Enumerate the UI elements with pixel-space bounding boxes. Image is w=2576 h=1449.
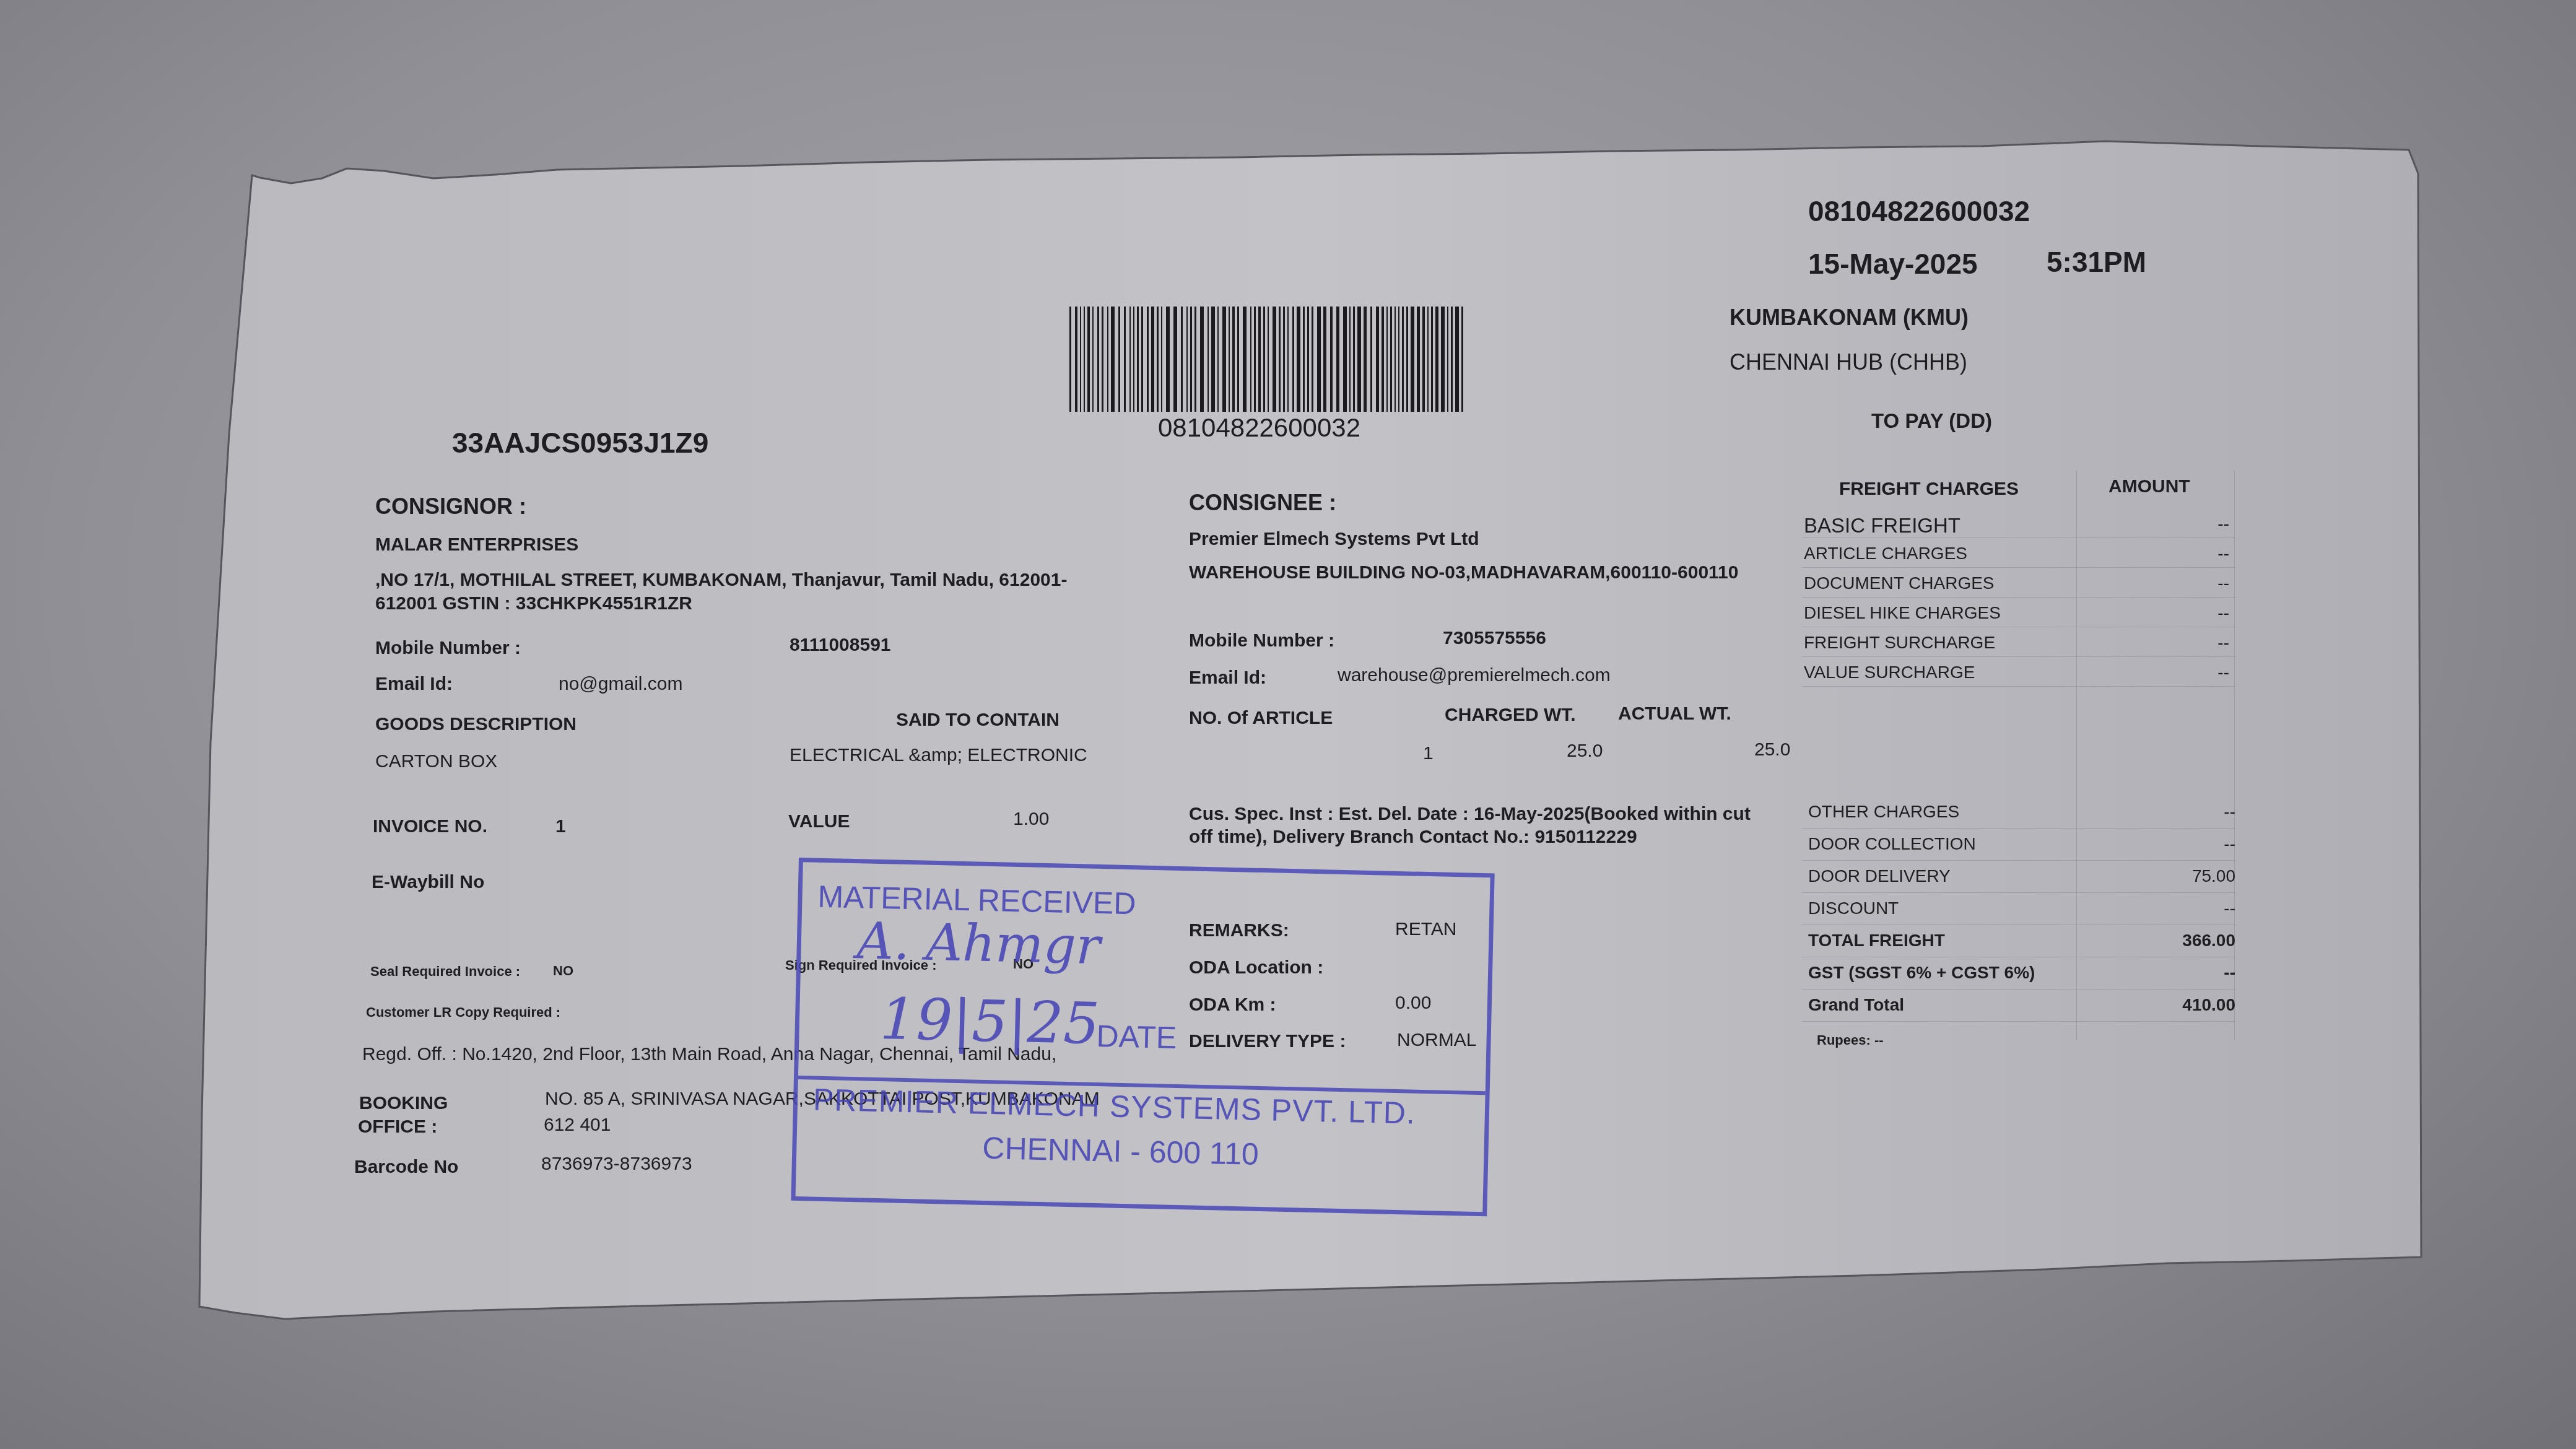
barcode-bar bbox=[1297, 307, 1300, 412]
barcode-bar bbox=[1258, 307, 1260, 412]
charge-amount: 366.00 bbox=[2112, 932, 2235, 949]
barcode-number: 08104822600032 bbox=[1158, 415, 1360, 441]
row-divider bbox=[1802, 656, 2235, 657]
barcode-bar bbox=[1173, 307, 1177, 412]
charge-amount: -- bbox=[2105, 664, 2229, 681]
barcode-bar bbox=[1263, 307, 1265, 412]
barcode-image bbox=[1069, 307, 1466, 412]
actual-wt-label: ACTUAL WT. bbox=[1618, 705, 1731, 723]
barcode-bar bbox=[1447, 307, 1448, 412]
barcode-bar bbox=[1370, 307, 1372, 412]
consignor-heading: CONSIGNOR : bbox=[375, 495, 526, 518]
barcode-bar bbox=[1102, 307, 1103, 412]
lr-copy-label: Customer LR Copy Required : bbox=[366, 1006, 560, 1019]
barcode-bar bbox=[1200, 307, 1204, 412]
barcode-bar bbox=[1237, 307, 1239, 412]
charge-label: TOTAL FREIGHT bbox=[1808, 932, 1945, 949]
material-received-stamp: MATERIAL RECEIVED A. Ahmgr 19|5|25 DATE … bbox=[791, 858, 1494, 1216]
barcode-bar bbox=[1323, 307, 1327, 412]
barcode-bar bbox=[1222, 307, 1226, 412]
goods-description: CARTON BOX bbox=[375, 752, 497, 771]
booking-office-address-2: 612 401 bbox=[544, 1116, 611, 1134]
said-to-contain: ELECTRICAL &amp; ELECTRONIC bbox=[790, 746, 1087, 765]
barcode-bar bbox=[1411, 307, 1414, 412]
invoice-label: INVOICE NO. bbox=[373, 817, 487, 836]
barcode-bar bbox=[1080, 307, 1081, 412]
waybill-paper: 08104822600032 15-May-2025 5:31PM KUMBAK… bbox=[0, 0, 2576, 1449]
charge-amount: -- bbox=[2105, 545, 2229, 562]
booking-date: 15-May-2025 bbox=[1808, 250, 1978, 278]
charge-amount: -- bbox=[2112, 835, 2235, 853]
charge-label: Grand Total bbox=[1808, 996, 1904, 1014]
charge-label: GST (SGST 6% + CGST 6%) bbox=[1808, 964, 2035, 981]
barcode-bar bbox=[1194, 307, 1196, 412]
seal-required-value: NO bbox=[553, 964, 573, 978]
barcode-bar bbox=[1390, 307, 1391, 412]
barcode-bar bbox=[1273, 307, 1276, 412]
row-divider bbox=[1802, 989, 2235, 990]
consignor-email-label: Email Id: bbox=[375, 675, 453, 694]
charge-label: BASIC FREIGHT bbox=[1804, 515, 1960, 536]
barcode-bar bbox=[1161, 307, 1162, 412]
barcode-bar bbox=[1427, 307, 1429, 412]
barcode-bar bbox=[1084, 307, 1085, 412]
barcode-bar bbox=[1190, 307, 1191, 412]
barcode-bar bbox=[1303, 307, 1305, 412]
barcode-bar bbox=[1417, 307, 1421, 412]
barcode-bar bbox=[1181, 307, 1183, 412]
value-label: VALUE bbox=[788, 812, 850, 831]
invoice-number: 1 bbox=[555, 817, 566, 836]
row-divider bbox=[1802, 1021, 2235, 1022]
row-divider bbox=[1802, 597, 2235, 598]
barcode-bar bbox=[1133, 307, 1134, 412]
charge-label: DOOR COLLECTION bbox=[1808, 835, 1976, 853]
barcode-bar bbox=[1207, 307, 1209, 412]
barcode-bar bbox=[1069, 307, 1071, 412]
barcode-bar bbox=[1317, 307, 1321, 412]
charges-right-edge bbox=[2234, 471, 2235, 1040]
charged-wt: 25.0 bbox=[1567, 742, 1603, 760]
barcode-bar bbox=[1147, 307, 1148, 412]
barcode-bar bbox=[1398, 307, 1399, 412]
stamp-date-label: DATE bbox=[1096, 1020, 1177, 1053]
barcode-bar bbox=[1254, 307, 1256, 412]
barcode-bar bbox=[1166, 307, 1170, 412]
barcode-bar bbox=[1307, 307, 1308, 412]
consignor-email: no@gmail.com bbox=[559, 675, 683, 694]
consignee-mobile-label: Mobile Number : bbox=[1189, 632, 1334, 650]
consignee-address: WAREHOUSE BUILDING NO-03,MADHAVARAM,6001… bbox=[1189, 563, 1738, 582]
row-divider bbox=[1802, 925, 2235, 925]
seal-required-label: Seal Required Invoice : bbox=[370, 965, 520, 978]
consignor-address-2: 612001 GSTIN : 33CHKPK4551R1ZR bbox=[375, 594, 692, 613]
barcode-bar bbox=[1151, 307, 1155, 412]
value-amount: 1.00 bbox=[1013, 810, 1049, 829]
charge-label: DOOR DELIVERY bbox=[1808, 868, 1951, 885]
booking-office-label-1: BOOKING bbox=[359, 1094, 448, 1113]
barcode-bar bbox=[1283, 307, 1284, 412]
charge-amount: -- bbox=[2105, 604, 2229, 622]
booking-time: 5:31PM bbox=[2047, 248, 2146, 276]
barcode-bar bbox=[1461, 307, 1463, 412]
barcode-bar bbox=[1124, 307, 1125, 412]
barcode-bar bbox=[1330, 307, 1332, 412]
booking-office-label-2: OFFICE : bbox=[358, 1118, 437, 1136]
barcode-bar bbox=[1312, 307, 1313, 412]
charge-amount: 410.00 bbox=[2112, 996, 2235, 1014]
row-divider bbox=[1802, 537, 2235, 538]
barcode-bar bbox=[1349, 307, 1351, 412]
barcode-bar bbox=[1229, 307, 1230, 412]
barcode-bar bbox=[1402, 307, 1403, 412]
barcode-bar bbox=[1431, 307, 1432, 412]
barcode-bar bbox=[1364, 307, 1367, 412]
barcode-bar bbox=[1075, 307, 1077, 412]
stamp-handwritten-date: 19|5|25 bbox=[879, 991, 1100, 1053]
charge-label: DISCOUNT bbox=[1808, 900, 1899, 917]
barcode-bar bbox=[1250, 307, 1251, 412]
barcode-bar bbox=[1435, 307, 1439, 412]
barcode-bar bbox=[1217, 307, 1219, 412]
consignor-address-1: ,NO 17/1, MOTHILAL STREET, KUMBAKONAM, T… bbox=[375, 571, 1067, 590]
barcode-bar bbox=[1422, 307, 1424, 412]
row-divider bbox=[1802, 957, 2235, 957]
special-instructions-1: Cus. Spec. Inst : Est. Del. Date : 16-Ma… bbox=[1189, 805, 1751, 824]
barcode-bar bbox=[1292, 307, 1294, 412]
payment-mode: TO PAY (DD) bbox=[1871, 411, 1992, 431]
barcode-bar bbox=[1137, 307, 1138, 412]
barcode-bar bbox=[1353, 307, 1354, 412]
charge-label: DIESEL HIKE CHARGES bbox=[1804, 604, 2001, 622]
charge-label: DOCUMENT CHARGES bbox=[1804, 575, 1995, 592]
consignee-email-label: Email Id: bbox=[1189, 669, 1266, 687]
destination-station: CHENNAI HUB (CHHB) bbox=[1730, 351, 1967, 373]
articles-count: 1 bbox=[1423, 744, 1434, 763]
charge-amount: 75.00 bbox=[2112, 868, 2235, 885]
charge-amount: -- bbox=[2105, 515, 2229, 533]
special-instructions-2: off time), Delivery Branch Contact No.: … bbox=[1189, 828, 1637, 846]
barcode-bar bbox=[1395, 307, 1396, 412]
row-divider bbox=[1802, 892, 2235, 893]
row-divider bbox=[1802, 860, 2235, 861]
amount-heading: AMOUNT bbox=[2108, 477, 2190, 496]
stamp-signature: A. Ahmgr bbox=[856, 916, 1101, 972]
charge-amount: -- bbox=[2112, 964, 2235, 981]
row-divider bbox=[1802, 627, 2235, 627]
consignee-name: Premier Elmech Systems Pvt Ltd bbox=[1189, 530, 1479, 549]
barcode-bar bbox=[1129, 307, 1131, 412]
consignee-heading: CONSIGNEE : bbox=[1189, 492, 1336, 514]
consignor-mobile: 8111008591 bbox=[790, 636, 891, 655]
charge-label: FREIGHT SURCHARGE bbox=[1804, 634, 1995, 651]
consignee-mobile: 7305575556 bbox=[1443, 629, 1546, 648]
barcode-bar bbox=[1268, 307, 1269, 412]
charge-amount: -- bbox=[2105, 634, 2229, 651]
barcode-bar bbox=[1343, 307, 1347, 412]
charge-amount: -- bbox=[2112, 803, 2235, 820]
barcode-bar bbox=[1357, 307, 1361, 412]
charged-wt-label: CHARGED WT. bbox=[1445, 706, 1576, 724]
barcode-bar bbox=[1087, 307, 1089, 412]
row-divider bbox=[1802, 828, 2235, 829]
barcode-bar bbox=[1382, 307, 1383, 412]
charge-label: VALUE SURCHARGE bbox=[1804, 664, 1975, 681]
barcode-bar bbox=[1243, 307, 1247, 412]
charge-label: OTHER CHARGES bbox=[1808, 803, 1959, 820]
charges-divider bbox=[2076, 471, 2077, 1040]
barcode-no-value: 8736973-8736973 bbox=[541, 1155, 692, 1173]
freight-charges-heading: FREIGHT CHARGES bbox=[1839, 480, 2019, 498]
consignor-name: MALAR ENTERPRISES bbox=[375, 536, 578, 554]
stamp-city: CHENNAI - 600 110 bbox=[982, 1133, 1260, 1170]
rupees-in-words: Rupees: -- bbox=[1817, 1033, 1884, 1047]
ewaybill-label: E-Waybill No bbox=[372, 873, 484, 892]
row-divider bbox=[1802, 567, 2235, 568]
barcode-bar bbox=[1336, 307, 1340, 412]
origin-station: KUMBAKONAM (KMU) bbox=[1730, 307, 1969, 329]
consignor-mobile-label: Mobile Number : bbox=[375, 639, 521, 658]
barcode-bar bbox=[1455, 307, 1459, 412]
barcode-bar bbox=[1211, 307, 1215, 412]
lr-number: 08104822600032 bbox=[1808, 197, 2030, 225]
barcode-bar bbox=[1107, 307, 1108, 412]
barcode-bar bbox=[1287, 307, 1289, 412]
gstin: 33AAJCS0953J1Z9 bbox=[452, 429, 708, 457]
actual-wt: 25.0 bbox=[1754, 741, 1790, 759]
barcode-bar bbox=[1141, 307, 1143, 412]
charge-label: ARTICLE CHARGES bbox=[1804, 545, 1967, 562]
articles-label: NO. Of ARTICLE bbox=[1189, 709, 1333, 728]
barcode-bar bbox=[1232, 307, 1234, 412]
charge-amount: -- bbox=[2105, 575, 2229, 592]
charge-amount: -- bbox=[2112, 900, 2235, 917]
barcode-no-label: Barcode No bbox=[354, 1158, 458, 1177]
barcode-bar bbox=[1118, 307, 1120, 412]
barcode-bar bbox=[1097, 307, 1099, 412]
barcode-bar bbox=[1279, 307, 1281, 412]
barcode-bar bbox=[1186, 307, 1188, 412]
barcode-bar bbox=[1157, 307, 1158, 412]
barcode-bar bbox=[1386, 307, 1388, 412]
consignee-email: warehouse@premierelmech.com bbox=[1338, 666, 1611, 685]
goods-description-label: GOODS DESCRIPTION bbox=[375, 715, 577, 734]
barcode-bar bbox=[1451, 307, 1452, 412]
row-divider bbox=[1802, 686, 2235, 687]
barcode-bar bbox=[1092, 307, 1094, 412]
barcode-bar bbox=[1111, 307, 1115, 412]
said-to-contain-label: SAID TO CONTAIN bbox=[896, 711, 1060, 729]
barcode-bar bbox=[1441, 307, 1445, 412]
barcode-bar bbox=[1406, 307, 1408, 412]
barcode-bar bbox=[1376, 307, 1380, 412]
